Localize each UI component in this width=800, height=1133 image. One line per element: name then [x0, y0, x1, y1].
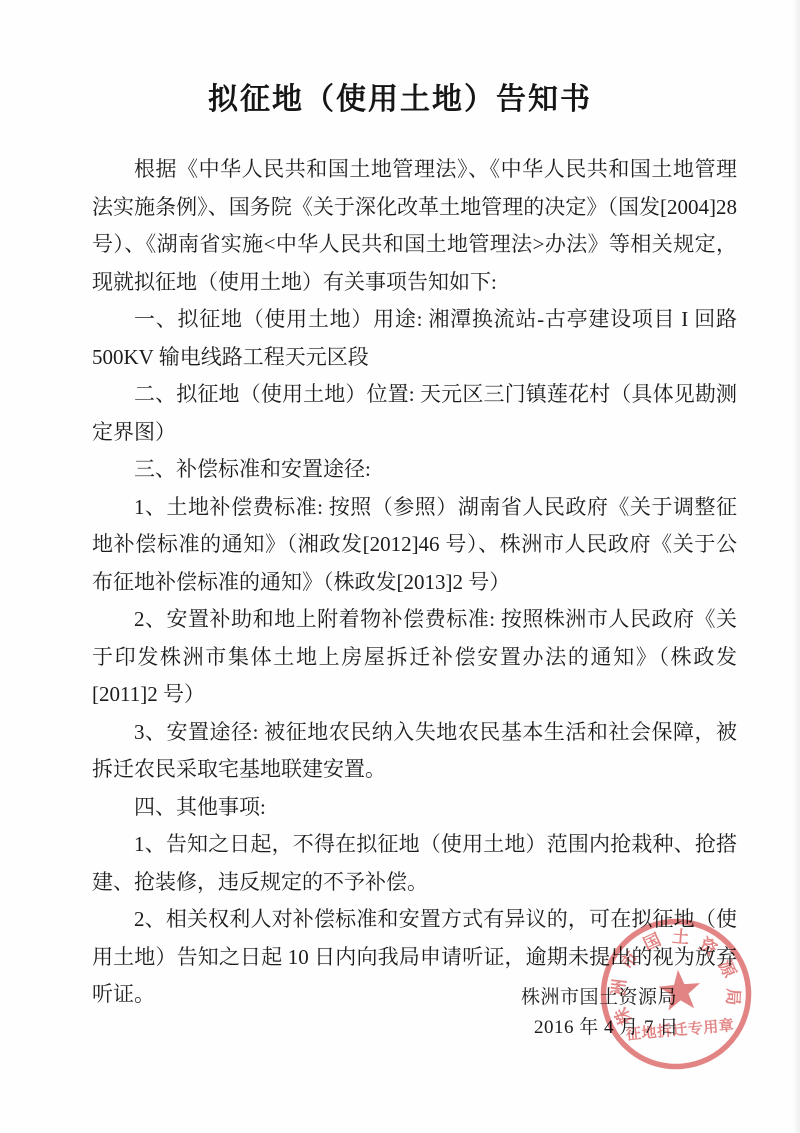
paragraph: 3、安置途径: 被征地农民纳入失地农民基本生活和社会保障，被拆迁农民采取宅基地联… [92, 714, 737, 789]
paragraph: 2、安置补助和地上附着物补偿费标准: 按照株洲市人民政府《关于印发株洲市集体土地… [92, 601, 737, 714]
paragraph: 根据《中华人民共和国土地管理法》、《中华人民共和国土地管理法实施条例》、国务院《… [92, 151, 737, 301]
document-page: 拟征地（使用土地）告知书 根据《中华人民共和国土地管理法》、《中华人民共和国土地… [0, 0, 800, 1133]
paragraph: 1、告知之日起，不得在拟征地（使用土地）范围内抢栽种、抢搭建、抢装修，违反规定的… [92, 826, 737, 901]
signature-date: 2016 年 4 月 7 日 [534, 1012, 679, 1039]
paragraph: 四、其他事项: [92, 789, 737, 827]
document-body: 根据《中华人民共和国土地管理法》、《中华人民共和国土地管理法实施条例》、国务院《… [92, 151, 737, 1014]
paragraph: 一、拟征地（使用土地）用途: 湘潭换流站-古亭建设项目 I 回路 500KV 输… [92, 301, 737, 376]
paragraph: 1、土地补偿费标准: 按照（参照）湖南省人民政府《关于调整征地补偿标准的通知》（… [92, 489, 737, 602]
scan-edge-shadow [793, 0, 800, 1133]
signature-agency: 株洲市国土资源局 [521, 982, 677, 1009]
paragraph: 三、补偿标准和安置途径: [92, 451, 737, 489]
paragraph: 二、拟征地（使用土地）位置: 天元区三门镇莲花村（具体见勘测定界图） [92, 376, 737, 451]
document-title: 拟征地（使用土地）告知书 [0, 74, 800, 118]
